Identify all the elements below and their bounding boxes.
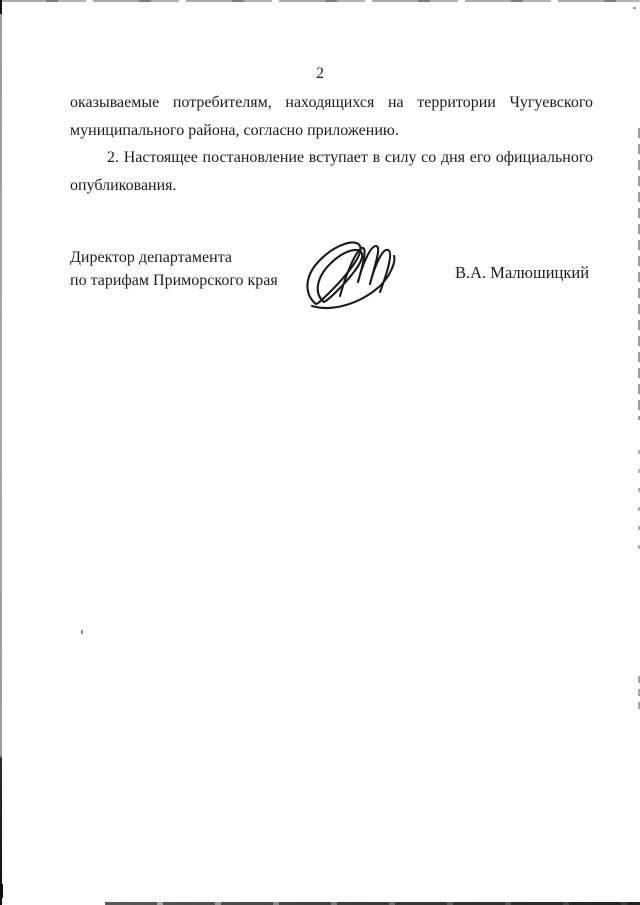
- scan-artifact-left-edge: [0, 0, 2, 905]
- page-number: 2: [0, 65, 640, 83]
- scanned-document-page: 2 оказываемые потребителям, находящихся …: [0, 0, 640, 905]
- signer-position-title: Директор департамента по тарифам Приморс…: [70, 247, 278, 292]
- document-body: оказываемые потребителям, находящихся на…: [70, 89, 593, 199]
- paragraph-line: муниципального района, согласно приложен…: [70, 117, 593, 145]
- signer-position-line-2: по тарифам Приморского края: [70, 270, 278, 293]
- scan-speck: [633, 7, 636, 9]
- handwritten-signature-icon: [302, 238, 402, 310]
- signer-position-line-1: Директор департамента: [70, 247, 278, 270]
- signer-name: В.А. Малюшицкий: [455, 263, 589, 283]
- paragraph-line: опубликования.: [70, 172, 593, 200]
- scan-artifact-left-bottom-mark: [0, 884, 3, 898]
- paragraph-line: оказываемые потребителям, находящихся на…: [70, 89, 593, 117]
- scan-artifact-top-edge: [0, 0, 640, 2]
- scan-speck: [81, 630, 83, 634]
- paragraph-line: 2. Настоящее постановление вступает в си…: [70, 144, 593, 172]
